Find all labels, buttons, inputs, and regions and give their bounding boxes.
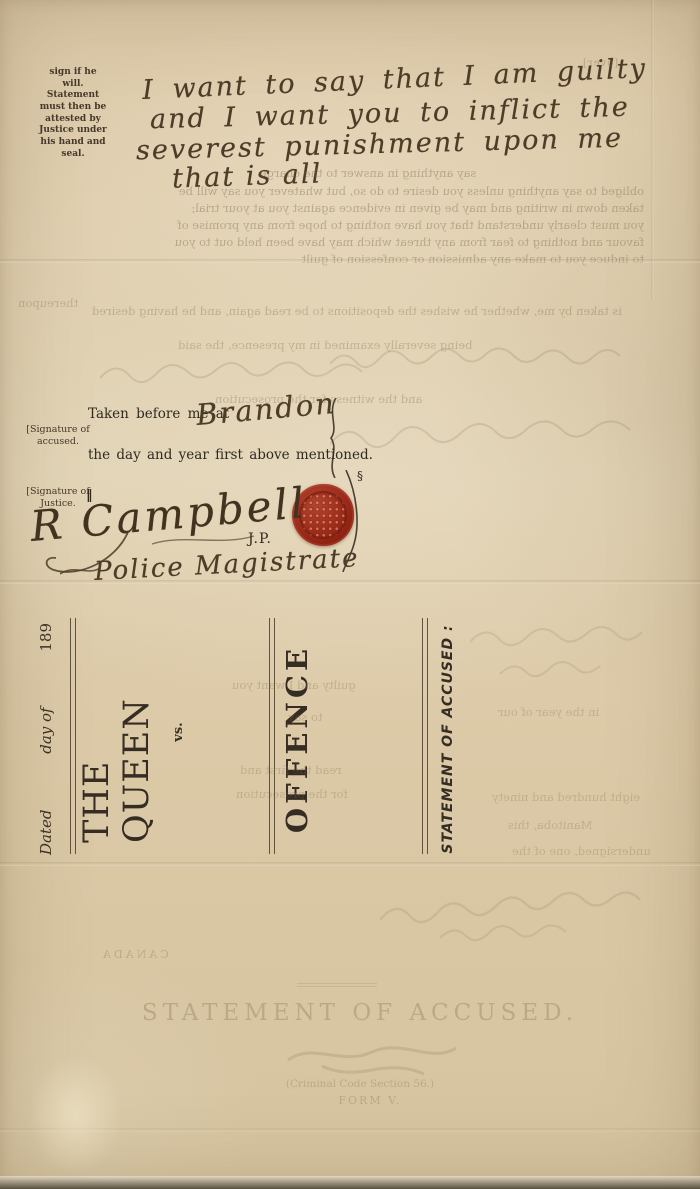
bleedthrough-code-line: (Criminal Code Section 56.) <box>240 1078 480 1090</box>
fold-crease <box>0 862 700 866</box>
bleedthrough-line: guilty and I want you <box>232 678 356 692</box>
margin-note-line: will. <box>33 79 113 91</box>
docket-queen-title: THE QUEEN <box>93 635 141 843</box>
title-flourish <box>60 560 100 580</box>
margin-instruction-note: sign if he will. Statement must then be … <box>33 67 113 161</box>
bleedthrough-line: for the prosecution <box>236 787 348 801</box>
bleedthrough-hairline-rule <box>297 983 377 987</box>
bleedthrough-line: eight hundred and ninety <box>492 790 640 804</box>
margin-note-line: seal. <box>33 149 113 161</box>
document-scan: sign if he will. Statement must then be … <box>0 0 700 1189</box>
paper-stain <box>28 1055 123 1175</box>
margin-note-line: sign if he <box>33 67 113 79</box>
bleedthrough-line: you must clearly understand that you hav… <box>92 217 644 234</box>
bleedthrough-line: Manitoba, this <box>508 818 592 832</box>
docket-rule <box>422 618 428 854</box>
fold-crease <box>0 259 700 263</box>
vertical-crease <box>651 0 654 300</box>
bleedthrough-form-line: FORM V. <box>300 1094 440 1107</box>
bleedthrough-line: is taken by me, whether he wishes the de… <box>92 304 622 318</box>
ink-bleed-squiggle <box>380 886 650 946</box>
bleedthrough-line: in the year of our <box>498 705 599 719</box>
margin-note-line: his hand and <box>33 137 113 149</box>
year-prefix: 189 <box>37 623 55 652</box>
margin-note-line: must then be <box>33 102 113 114</box>
ink-bleed-squiggle <box>330 416 640 460</box>
bleedthrough-title: STATEMENT OF ACCUSED. <box>130 1000 590 1026</box>
signature-of-accused-label: [Signature of accused. <box>16 424 100 448</box>
bleedthrough-line: undersigned, one of the <box>512 844 651 858</box>
margin-note-line: Justice under <box>33 125 113 137</box>
docket-vs-label: vs. <box>169 700 187 764</box>
docket-statement-label: STATEMENT OF ACCUSED : <box>438 609 458 869</box>
label-line: accused. <box>16 436 100 448</box>
docket-rule <box>269 618 275 854</box>
bleedthrough-ornament <box>282 1036 462 1080</box>
bleedthrough-line: read the first and <box>240 763 342 777</box>
bleedthrough-line: to say <box>288 710 322 724</box>
day-of-label: day of <box>37 707 55 753</box>
margin-note-line: attested by <box>33 114 113 126</box>
docket-rule <box>70 618 76 854</box>
bleedthrough-line: obliged to say anything unless you desir… <box>92 183 644 200</box>
dated-label: Dated <box>37 810 55 855</box>
over-marker-bleedthrough: [over] <box>582 58 618 69</box>
margin-note-line: Statement <box>33 90 113 102</box>
bleedthrough-line: say anything in answer to the charge <box>92 166 644 180</box>
bleedthrough-line: and the witness for the prosecution <box>215 392 422 406</box>
bleedthrough-line: taken down in writing and may be given i… <box>92 200 644 217</box>
label-line: [Signature of <box>16 424 100 436</box>
paper-bottom-edge <box>0 1176 700 1189</box>
bleedthrough-canada: CANADA <box>100 948 169 961</box>
ink-bleed-squiggle <box>470 618 650 688</box>
ink-bleed-squiggle <box>100 358 400 394</box>
jp-printed-label: J.P. <box>248 531 272 547</box>
bleedthrough-line: favour and nothing to fear from any thre… <box>92 234 644 251</box>
bleedthrough-line: thereupon <box>18 296 78 310</box>
bleedthrough-caution-paragraph: say anything in answer to the charge obl… <box>92 166 644 268</box>
docket-offence-label: OFFENCE <box>280 629 314 849</box>
docket-dated-line: Dated day of 189 <box>35 623 57 855</box>
fold-crease <box>0 580 700 584</box>
